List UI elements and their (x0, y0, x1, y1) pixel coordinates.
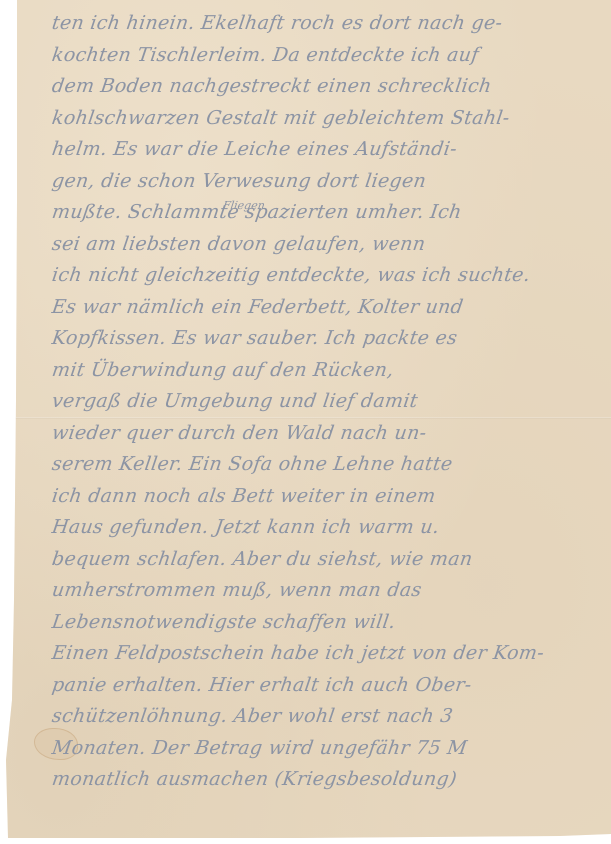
text-line-13: vergaß die Umgebung und lief damit (50, 386, 606, 418)
text-line-4: kohlschwarzen Gestalt mit gebleichtem St… (50, 103, 606, 135)
text-line-21: Einen Feldpostschein habe ich jetzt von … (50, 638, 606, 670)
text-line-22: panie erhalten. Hier erhalt ich auch Obe… (50, 670, 606, 702)
text-line-3: dem Boden nachgestreckt einen schrecklic… (50, 71, 606, 103)
text-line-23: schützenlöhnung. Aber wohl erst nach 3 (50, 701, 606, 733)
text-line-15: serem Keller. Ein Sofa ohne Lehne hatte (50, 449, 606, 481)
text-line-24: Monaten. Der Betrag wird ungefähr 75 M (50, 733, 606, 765)
text-line-11: Kopfkissen. Es war sauber. Ich packte es (50, 323, 606, 355)
text-line-8: sei am liebsten davon gelaufen, wenn (50, 229, 606, 261)
text-line-14: wieder quer durch den Wald nach un- (50, 418, 606, 450)
text-line-10: Es war nämlich ein Federbett, Kolter und (50, 292, 606, 324)
text-line-20: Lebensnotwendigste schaffen will. (50, 607, 606, 639)
text-line-19: umherstrommen muß, wenn man das (50, 575, 606, 607)
text-line-1: ten ich hinein. Ekelhaft roch es dort na… (50, 8, 606, 40)
letter-paper: Fliegen ten ich hinein. Ekelhaft roch es… (0, 0, 611, 838)
text-line-16: ich dann noch als Bett weiter in einem (50, 481, 606, 513)
text-line-12: mit Überwindung auf den Rücken, (50, 355, 606, 387)
text-line-2: kochten Tischlerleim. Da entdeckte ich a… (50, 40, 606, 72)
text-line-6: gen, die schon Verwesung dort liegen (50, 166, 606, 198)
text-line-25: monatlich ausmachen (Kriegsbesoldung) (50, 764, 606, 796)
handwritten-text-body: ten ich hinein. Ekelhaft roch es dort na… (52, 8, 604, 796)
text-line-7: mußte. Schlammte spazierten umher. Ich (50, 197, 606, 229)
text-line-5: helm. Es war die Leiche eines Aufständi- (50, 134, 606, 166)
text-line-17: Haus gefunden. Jetzt kann ich warm u. (50, 512, 606, 544)
text-line-18: bequem schlafen. Aber du siehst, wie man (50, 544, 606, 576)
text-line-9: ich nicht gleichzeitig entdeckte, was ic… (50, 260, 606, 292)
